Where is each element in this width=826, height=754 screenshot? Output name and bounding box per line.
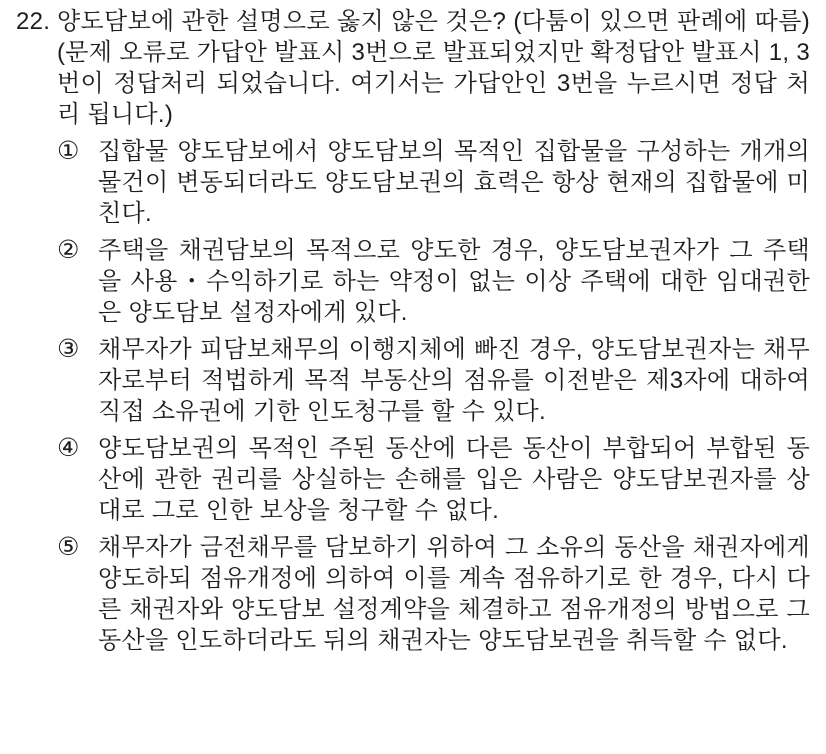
question-number: 22. xyxy=(16,6,57,37)
option-3[interactable]: ③ 채무자가 피담보채무의 이행지체에 빠진 경우, 양도담보권자는 채무자로부… xyxy=(57,334,810,427)
option-3-text: 채무자가 피담보채무의 이행지체에 빠진 경우, 양도담보권자는 채무자로부터 … xyxy=(98,334,810,427)
option-1-text: 집합물 양도담보에서 양도담보의 목적인 집합물을 구성하는 개개의 물건이 변… xyxy=(98,136,810,229)
option-2-text: 주택을 채권담보의 목적으로 양도한 경우, 양도담보권자가 그 주택을 사용・… xyxy=(98,235,810,328)
option-2[interactable]: ② 주택을 채권담보의 목적으로 양도한 경우, 양도담보권자가 그 주택을 사… xyxy=(57,235,810,328)
option-4[interactable]: ④ 양도담보권의 목적인 주된 동산에 다른 동산이 부합되어 부합된 동산에 … xyxy=(57,433,810,526)
option-1[interactable]: ① 집합물 양도담보에서 양도담보의 목적인 집합물을 구성하는 개개의 물건이… xyxy=(57,136,810,229)
option-5-text: 채무자가 금전채무를 담보하기 위하여 그 소유의 동산을 채권자에게 양도하되… xyxy=(98,532,810,656)
option-3-marker[interactable]: ③ xyxy=(57,334,98,365)
option-4-marker[interactable]: ④ xyxy=(57,433,98,464)
option-5[interactable]: ⑤ 채무자가 금전채무를 담보하기 위하여 그 소유의 동산을 채권자에게 양도… xyxy=(57,532,810,656)
option-5-marker[interactable]: ⑤ xyxy=(57,532,98,563)
option-1-marker[interactable]: ① xyxy=(57,136,98,167)
question-text: 양도담보에 관한 설명으로 옳지 않은 것은? (다툼이 있으면 판례에 따름)… xyxy=(57,6,810,130)
option-2-marker[interactable]: ② xyxy=(57,235,98,266)
question: 22. 양도담보에 관한 설명으로 옳지 않은 것은? (다툼이 있으면 판례에… xyxy=(16,6,810,130)
exam-question-page: { "page": { "background_color": "#ffffff… xyxy=(0,0,826,754)
option-4-text: 양도담보권의 목적인 주된 동산에 다른 동산이 부합되어 부합된 동산에 관한… xyxy=(98,433,810,526)
options-list: ① 집합물 양도담보에서 양도담보의 목적인 집합물을 구성하는 개개의 물건이… xyxy=(57,136,810,656)
